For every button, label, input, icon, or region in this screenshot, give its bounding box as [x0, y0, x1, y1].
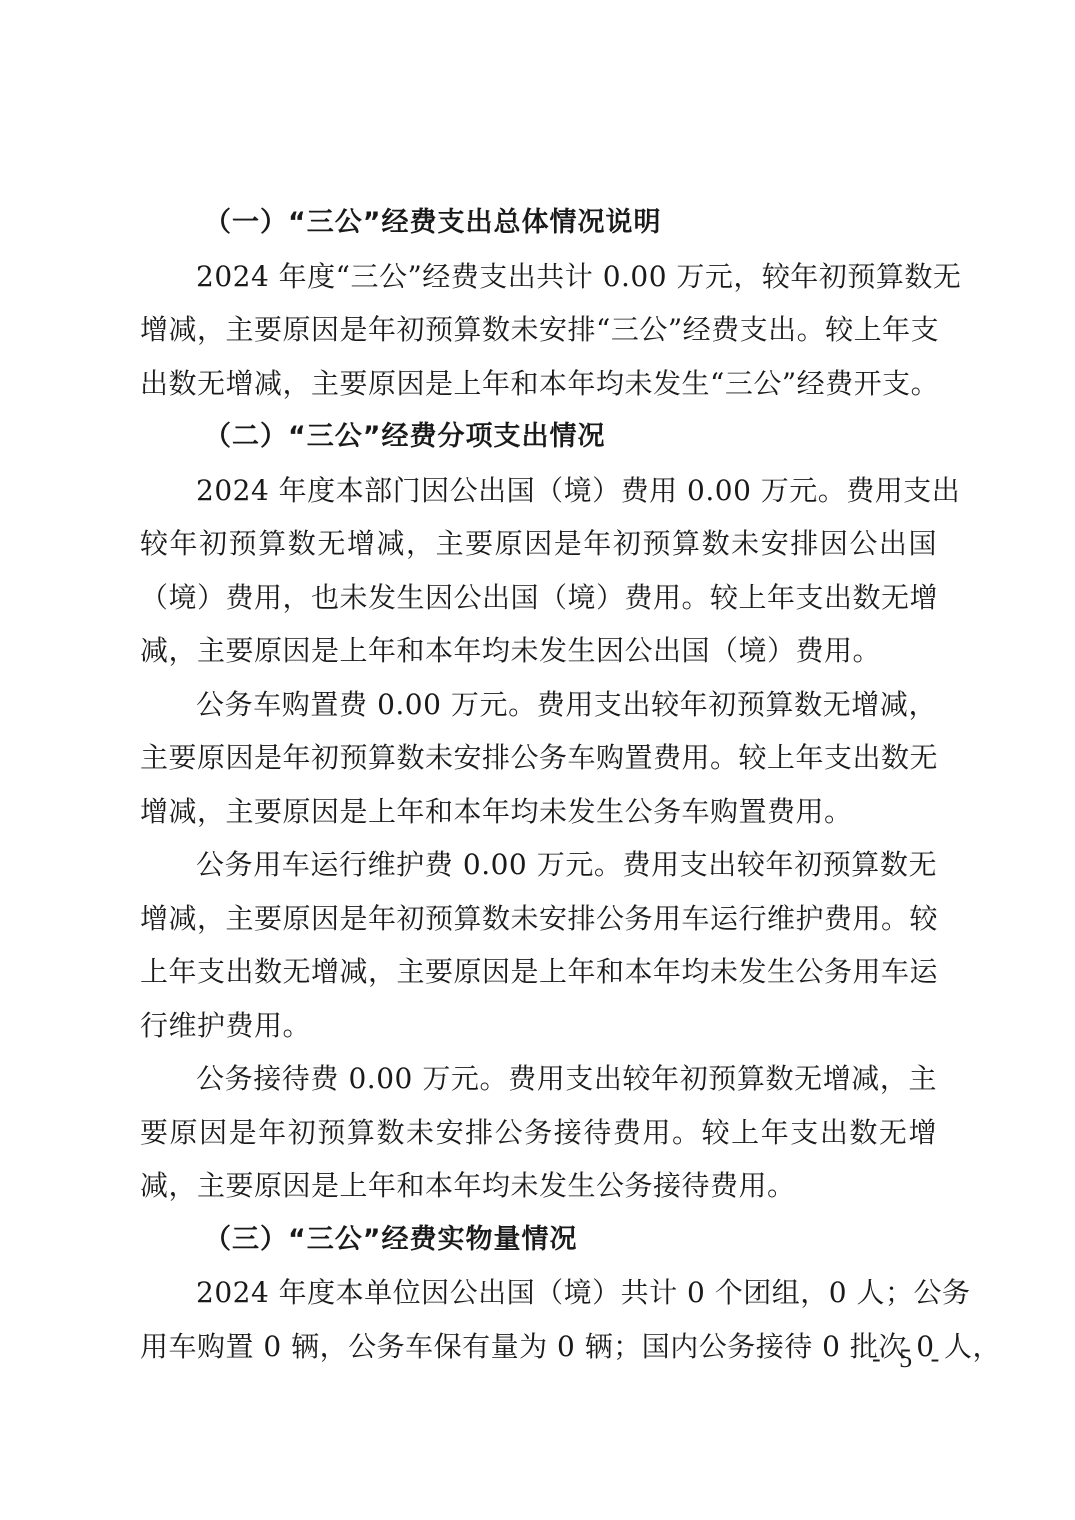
text-line: 出数无增减，主要原因是上年和本年均未发生“三公”经费开支。 [140, 357, 937, 411]
text-line: 用车购置 0 辆，公务车保有量为 0 辆；国内公务接待 0 批次 0 人， [140, 1320, 937, 1374]
page-number: - 5 - [872, 1344, 945, 1374]
text-line: 上年支出数无增减，主要原因是上年和本年均未发生公务用车运 [140, 945, 937, 999]
text-line: 公务接待费 0.00 万元。费用支出较年初预算数无增减，主 [140, 1052, 937, 1106]
text-line: 2024 年度本单位因公出国（境）共计 0 个团组，0 人；公务 [140, 1266, 937, 1320]
section-heading-overall: （一）“三公”经费支出总体情况说明 [140, 196, 937, 250]
text-line: 增减，主要原因是年初预算数未安排公务用车运行维护费用。较 [140, 892, 937, 946]
paragraph-overall: 2024 年度“三公”经费支出共计 0.00 万元，较年初预算数无 增减，主要原… [140, 250, 937, 411]
section-heading-physical-quantity: （三）“三公”经费实物量情况 [140, 1213, 937, 1267]
text-line: 2024 年度本部门因公出国（境）费用 0.00 万元。费用支出 [140, 464, 937, 518]
text-line: （境）费用，也未发生因公出国（境）费用。较上年支出数无增 [140, 571, 937, 625]
text-line: 主要原因是年初预算数未安排公务车购置费用。较上年支出数无 [140, 731, 937, 785]
document-page: （一）“三公”经费支出总体情况说明 2024 年度“三公”经费支出共计 0.00… [140, 196, 937, 1373]
text-line: 公务车购置费 0.00 万元。费用支出较年初预算数无增减， [140, 678, 937, 732]
text-line: 要原因是年初预算数未安排公务接待费用。较上年支出数无增 [140, 1106, 937, 1160]
text-line: 公务用车运行维护费 0.00 万元。费用支出较年初预算数无 [140, 838, 937, 892]
paragraph-overseas-travel: 2024 年度本部门因公出国（境）费用 0.00 万元。费用支出 较年初预算数无… [140, 464, 937, 678]
paragraph-physical-quantity: 2024 年度本单位因公出国（境）共计 0 个团组，0 人；公务 用车购置 0 … [140, 1266, 937, 1373]
text-line: 较年初预算数无增减，主要原因是年初预算数未安排因公出国 [140, 517, 937, 571]
text-line: 减，主要原因是上年和本年均未发生因公出国（境）费用。 [140, 624, 937, 678]
text-line: 2024 年度“三公”经费支出共计 0.00 万元，较年初预算数无 [140, 250, 937, 304]
paragraph-vehicle-purchase: 公务车购置费 0.00 万元。费用支出较年初预算数无增减， 主要原因是年初预算数… [140, 678, 937, 839]
paragraph-vehicle-maintenance: 公务用车运行维护费 0.00 万元。费用支出较年初预算数无 增减，主要原因是年初… [140, 838, 937, 1052]
paragraph-reception: 公务接待费 0.00 万元。费用支出较年初预算数无增减，主 要原因是年初预算数未… [140, 1052, 937, 1213]
text-line: 增减，主要原因是年初预算数未安排“三公”经费支出。较上年支 [140, 303, 937, 357]
text-line: 行维护费用。 [140, 999, 937, 1053]
text-line: 减，主要原因是上年和本年均未发生公务接待费用。 [140, 1159, 937, 1213]
text-line: 增减，主要原因是上年和本年均未发生公务车购置费用。 [140, 785, 937, 839]
section-heading-itemized: （二）“三公”经费分项支出情况 [140, 410, 937, 464]
